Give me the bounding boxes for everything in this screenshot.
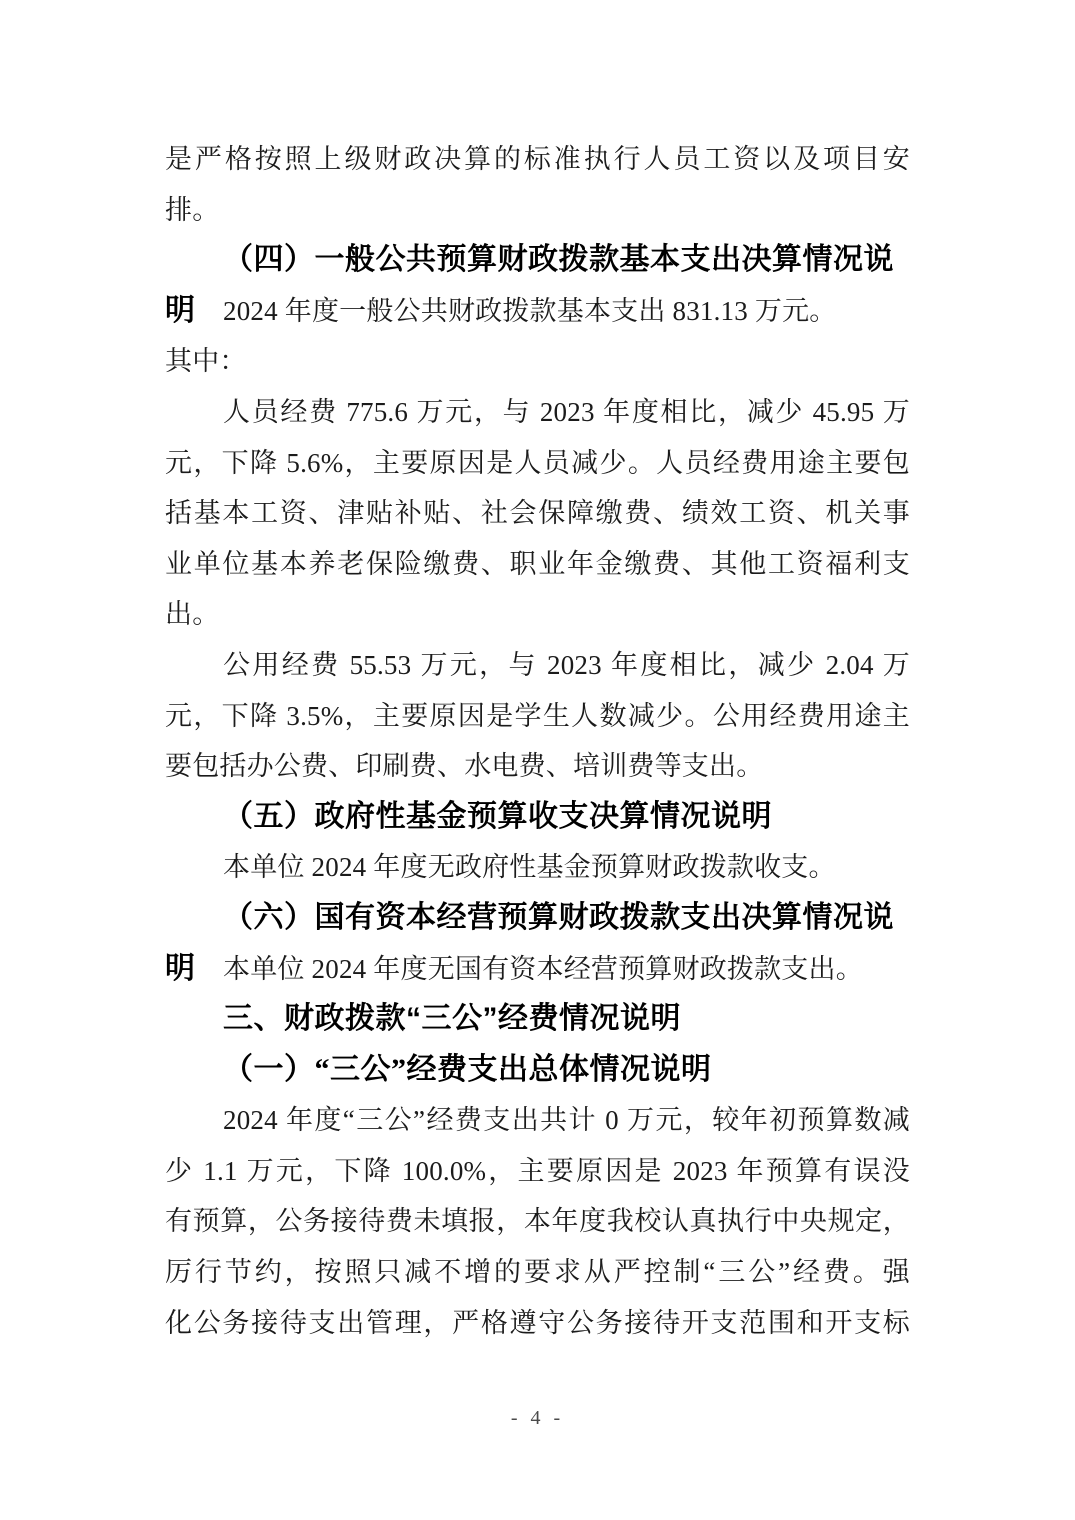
body-line: 化公务接待支出管理，严格遵守公务接待开支范围和开支标 xyxy=(165,1298,910,1349)
body-line: 其中： xyxy=(165,336,910,387)
body-line: 人员经费 775.6 万元，与 2023 年度相比，减少 45.95 万 xyxy=(165,387,910,438)
body-line: 公用经费 55.53 万元，与 2023 年度相比，减少 2.04 万 xyxy=(165,640,910,691)
body-line: 2024 年度一般公共财政拨款基本支出 831.13 万元。 xyxy=(165,286,910,337)
body-line: 2024 年度“三公”经费支出共计 0 万元，较年初预算数减 xyxy=(165,1095,910,1146)
body-line: 元，下降 3.5%，主要原因是学生人数减少。公用经费用途主 xyxy=(165,691,910,742)
heading-section-six: （六）国有资本经营预算财政拨款支出决算情况说明 xyxy=(165,893,910,944)
text-block: 是严格按照上级财政决算的标准执行人员工资以及项目安 排。 （四）一般公共预算财政… xyxy=(165,134,910,1348)
body-line: 是严格按照上级财政决算的标准执行人员工资以及项目安 xyxy=(165,134,910,185)
body-line: 本单位 2024 年度无政府性基金预算财政拨款收支。 xyxy=(165,842,910,893)
page-number: - 4 - xyxy=(0,1404,1075,1432)
heading-subsection-one: （一）“三公”经费支出总体情况说明 xyxy=(165,1045,910,1096)
body-line: 厉行节约，按照只减不增的要求从严控制“三公”经费。强 xyxy=(165,1247,910,1298)
heading-section-four: （四）一般公共预算财政拨款基本支出决算情况说明 xyxy=(165,235,910,286)
heading-part-three: 三、财政拨款“三公”经费情况说明 xyxy=(165,994,910,1045)
body-line: 有预算，公务接待费未填报，本年度我校认真执行中央规定， xyxy=(165,1196,910,1247)
body-line: 业单位基本养老保险缴费、职业年金缴费、其他工资福利支 xyxy=(165,539,910,590)
document-page: 是严格按照上级财政决算的标准执行人员工资以及项目安 排。 （四）一般公共预算财政… xyxy=(0,0,1075,1520)
body-line: 少 1.1 万元，下降 100.0%，主要原因是 2023 年预算有误没 xyxy=(165,1146,910,1197)
body-line: 元，下降 5.6%，主要原因是人员减少。人员经费用途主要包 xyxy=(165,438,910,489)
body-line: 括基本工资、津贴补贴、社会保障缴费、绩效工资、机关事 xyxy=(165,488,910,539)
body-line: 排。 xyxy=(165,185,910,236)
body-line: 出。 xyxy=(165,589,910,640)
heading-section-five: （五）政府性基金预算收支决算情况说明 xyxy=(165,792,910,843)
body-line: 要包括办公费、印刷费、水电费、培训费等支出。 xyxy=(165,741,910,792)
body-line: 本单位 2024 年度无国有资本经营预算财政拨款支出。 xyxy=(165,944,910,995)
